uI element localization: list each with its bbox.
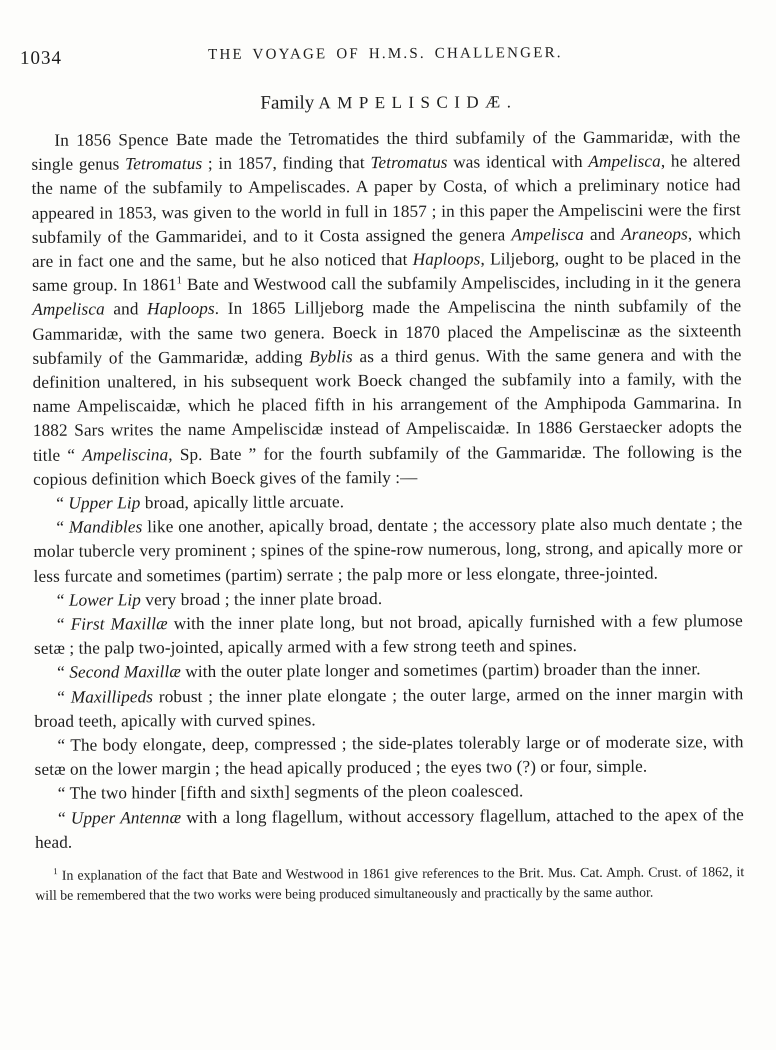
paragraph-body-description: “ The body elongate, deep, compressed ; … — [34, 730, 743, 782]
italic-term: Tetromatus — [370, 153, 447, 172]
section-title-name: AMPELISCIDÆ. — [318, 92, 517, 112]
text-run: “ — [57, 615, 71, 634]
italic-term: Upper Lip — [68, 493, 140, 512]
text-run: and — [584, 225, 621, 244]
footnote-body: In explanation of the fact that Bate and… — [35, 864, 744, 903]
section-title: FamilyAMPELISCIDÆ. — [31, 90, 740, 116]
text-run: “ The two hinder [fifth and sixth] segme… — [58, 782, 524, 803]
italic-term: Upper Antennæ — [71, 808, 181, 828]
paragraph-history: In 1856 Spence Bate made the Tetromatide… — [31, 125, 742, 492]
text-run: “ — [57, 687, 71, 706]
text-run: “ — [56, 518, 69, 537]
italic-term: First Maxillæ — [71, 614, 168, 634]
italic-term: Maxillipeds — [71, 687, 153, 706]
italic-term: Byblis — [309, 347, 353, 366]
italic-term: Ampelisca — [511, 225, 584, 244]
footnote-text: 1 In explanation of the fact that Bate a… — [35, 862, 744, 906]
italic-term: Haploops — [147, 299, 215, 318]
paragraph-upper-lip: “ Upper Lip broad, apically little arcua… — [33, 488, 742, 516]
paragraph-second-maxillae: “ Second Maxillæ with the outer plate lo… — [34, 658, 743, 686]
italic-term: Araneops — [621, 224, 688, 243]
text-run: was identical with — [447, 152, 588, 172]
text-run: broad, apically little arcuate. — [140, 492, 344, 512]
page-header: 1034 THE VOYAGE OF H.M.S. CHALLENGER. — [31, 43, 740, 69]
italic-term: Haploops — [413, 250, 481, 269]
paragraph-maxillipeds: “ Maxillipeds robust ; the inner plate e… — [34, 682, 743, 734]
italic-term: Lower Lip — [69, 590, 141, 609]
paragraph-upper-antennae: “ Upper Antennæ with a long flagellum, w… — [35, 803, 744, 855]
body-paragraphs: In 1856 Spence Bate made the Tetromatide… — [31, 125, 744, 855]
text-run: “ — [57, 591, 69, 610]
page-number: 1034 — [20, 48, 62, 70]
section-title-prefix: Family — [260, 92, 314, 113]
italic-term: Tetromatus — [125, 154, 202, 173]
running-title: THE VOYAGE OF H.M.S. CHALLENGER. — [208, 45, 563, 63]
page-content: 1034 THE VOYAGE OF H.M.S. CHALLENGER. Fa… — [0, 0, 776, 906]
paragraph-lower-lip: “ Lower Lip very broad ; the inner plate… — [34, 585, 743, 613]
text-run: Bate and Westwood call the subfamily Amp… — [182, 272, 741, 294]
text-run: “ The body elongate, deep, compressed ; … — [35, 732, 744, 779]
text-run: “ — [57, 663, 69, 682]
italic-term: Ampelisca — [32, 300, 105, 319]
text-run: “ — [58, 808, 71, 827]
paragraph-mandibles: “ Mandibles like one another, apically b… — [33, 512, 742, 588]
paragraph-first-maxillae: “ First Maxillæ with the inner plate lon… — [34, 609, 743, 661]
italic-term: Ampelisca — [588, 152, 661, 171]
italic-term: Second Maxillæ — [69, 663, 181, 683]
text-run: and — [105, 300, 147, 319]
footnote: 1 In explanation of the fact that Bate a… — [35, 862, 744, 906]
text-run: very broad ; the inner plate broad. — [141, 589, 382, 609]
text-run: with the outer plate longer and sometime… — [181, 660, 701, 682]
italic-term: Mandibles — [69, 518, 143, 537]
text-run: “ — [56, 494, 68, 513]
paragraph-pleon: “ The two hinder [fifth and sixth] segme… — [35, 779, 744, 807]
text-run: ; in 1857, finding that — [202, 153, 370, 173]
book-page: 1034 THE VOYAGE OF H.M.S. CHALLENGER. Fa… — [0, 0, 776, 1050]
italic-term: Ampeliscina — [82, 445, 168, 464]
